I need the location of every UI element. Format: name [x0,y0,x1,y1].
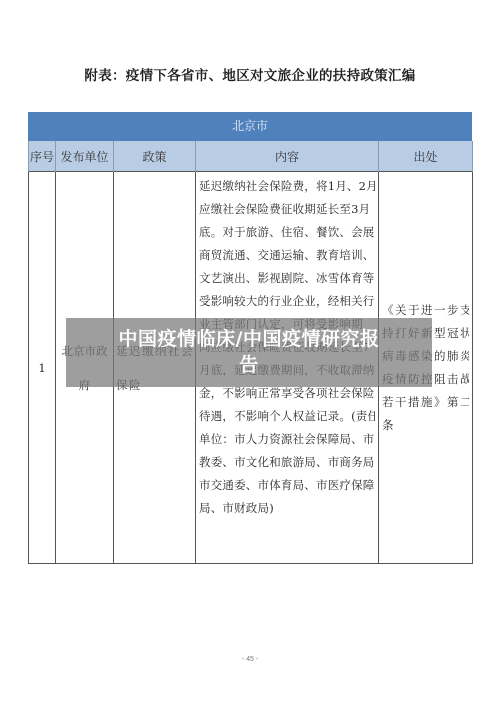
watermark-text: 中国疫情临床/中国疫情研究报 [66,326,432,352]
column-header-row: 序号 发布单位 政策 内容 出处 [29,141,473,172]
content-line: 延迟缴纳社会保险费，将1月、2月 [199,175,375,198]
column-header-source: 出处 [379,141,473,172]
content-line: 商贸流通、交通运输、教育培训、 [199,244,375,267]
content-line: 受影响较大的行业企业，经相关行 [199,290,375,313]
content-line: 文艺演出、影视剧院、冰雪体育等 [199,267,375,290]
content-line: 教委、市文化和旅游局、市商务局、 [199,451,375,474]
page-number: - 45 - [0,656,500,663]
document-title: 附表：疫情下各省市、地区对文旅企业的扶持政策汇编 [0,64,500,84]
source-line: 条 [382,414,469,437]
watermark-banner: 中国疫情临床/中国疫情研究报 告 [66,318,432,387]
column-header-policy: 政策 [114,141,196,172]
watermark-text: 告 [66,352,432,378]
column-header-seq: 序号 [29,141,56,172]
content-line: 待遇，不影响个人权益记录。(责任 [199,405,375,428]
region-header: 北京市 [28,112,472,141]
source-line: 若干措施》第二十 [382,391,469,414]
content-line: 应缴社会保险费征收期延长至3月 [199,198,375,221]
content-line: 单位：市人力资源社会保障局、市 [199,428,375,451]
column-header-content: 内容 [196,141,379,172]
cell-seq: 1 [29,172,56,564]
content-line: 局、市财政局) [199,497,375,520]
column-header-unit: 发布单位 [56,141,114,172]
content-line: 底。对于旅游、住宿、餐饮、会展、 [199,221,375,244]
content-line: 市交通委、市体育局、市医疗保障 [199,474,375,497]
